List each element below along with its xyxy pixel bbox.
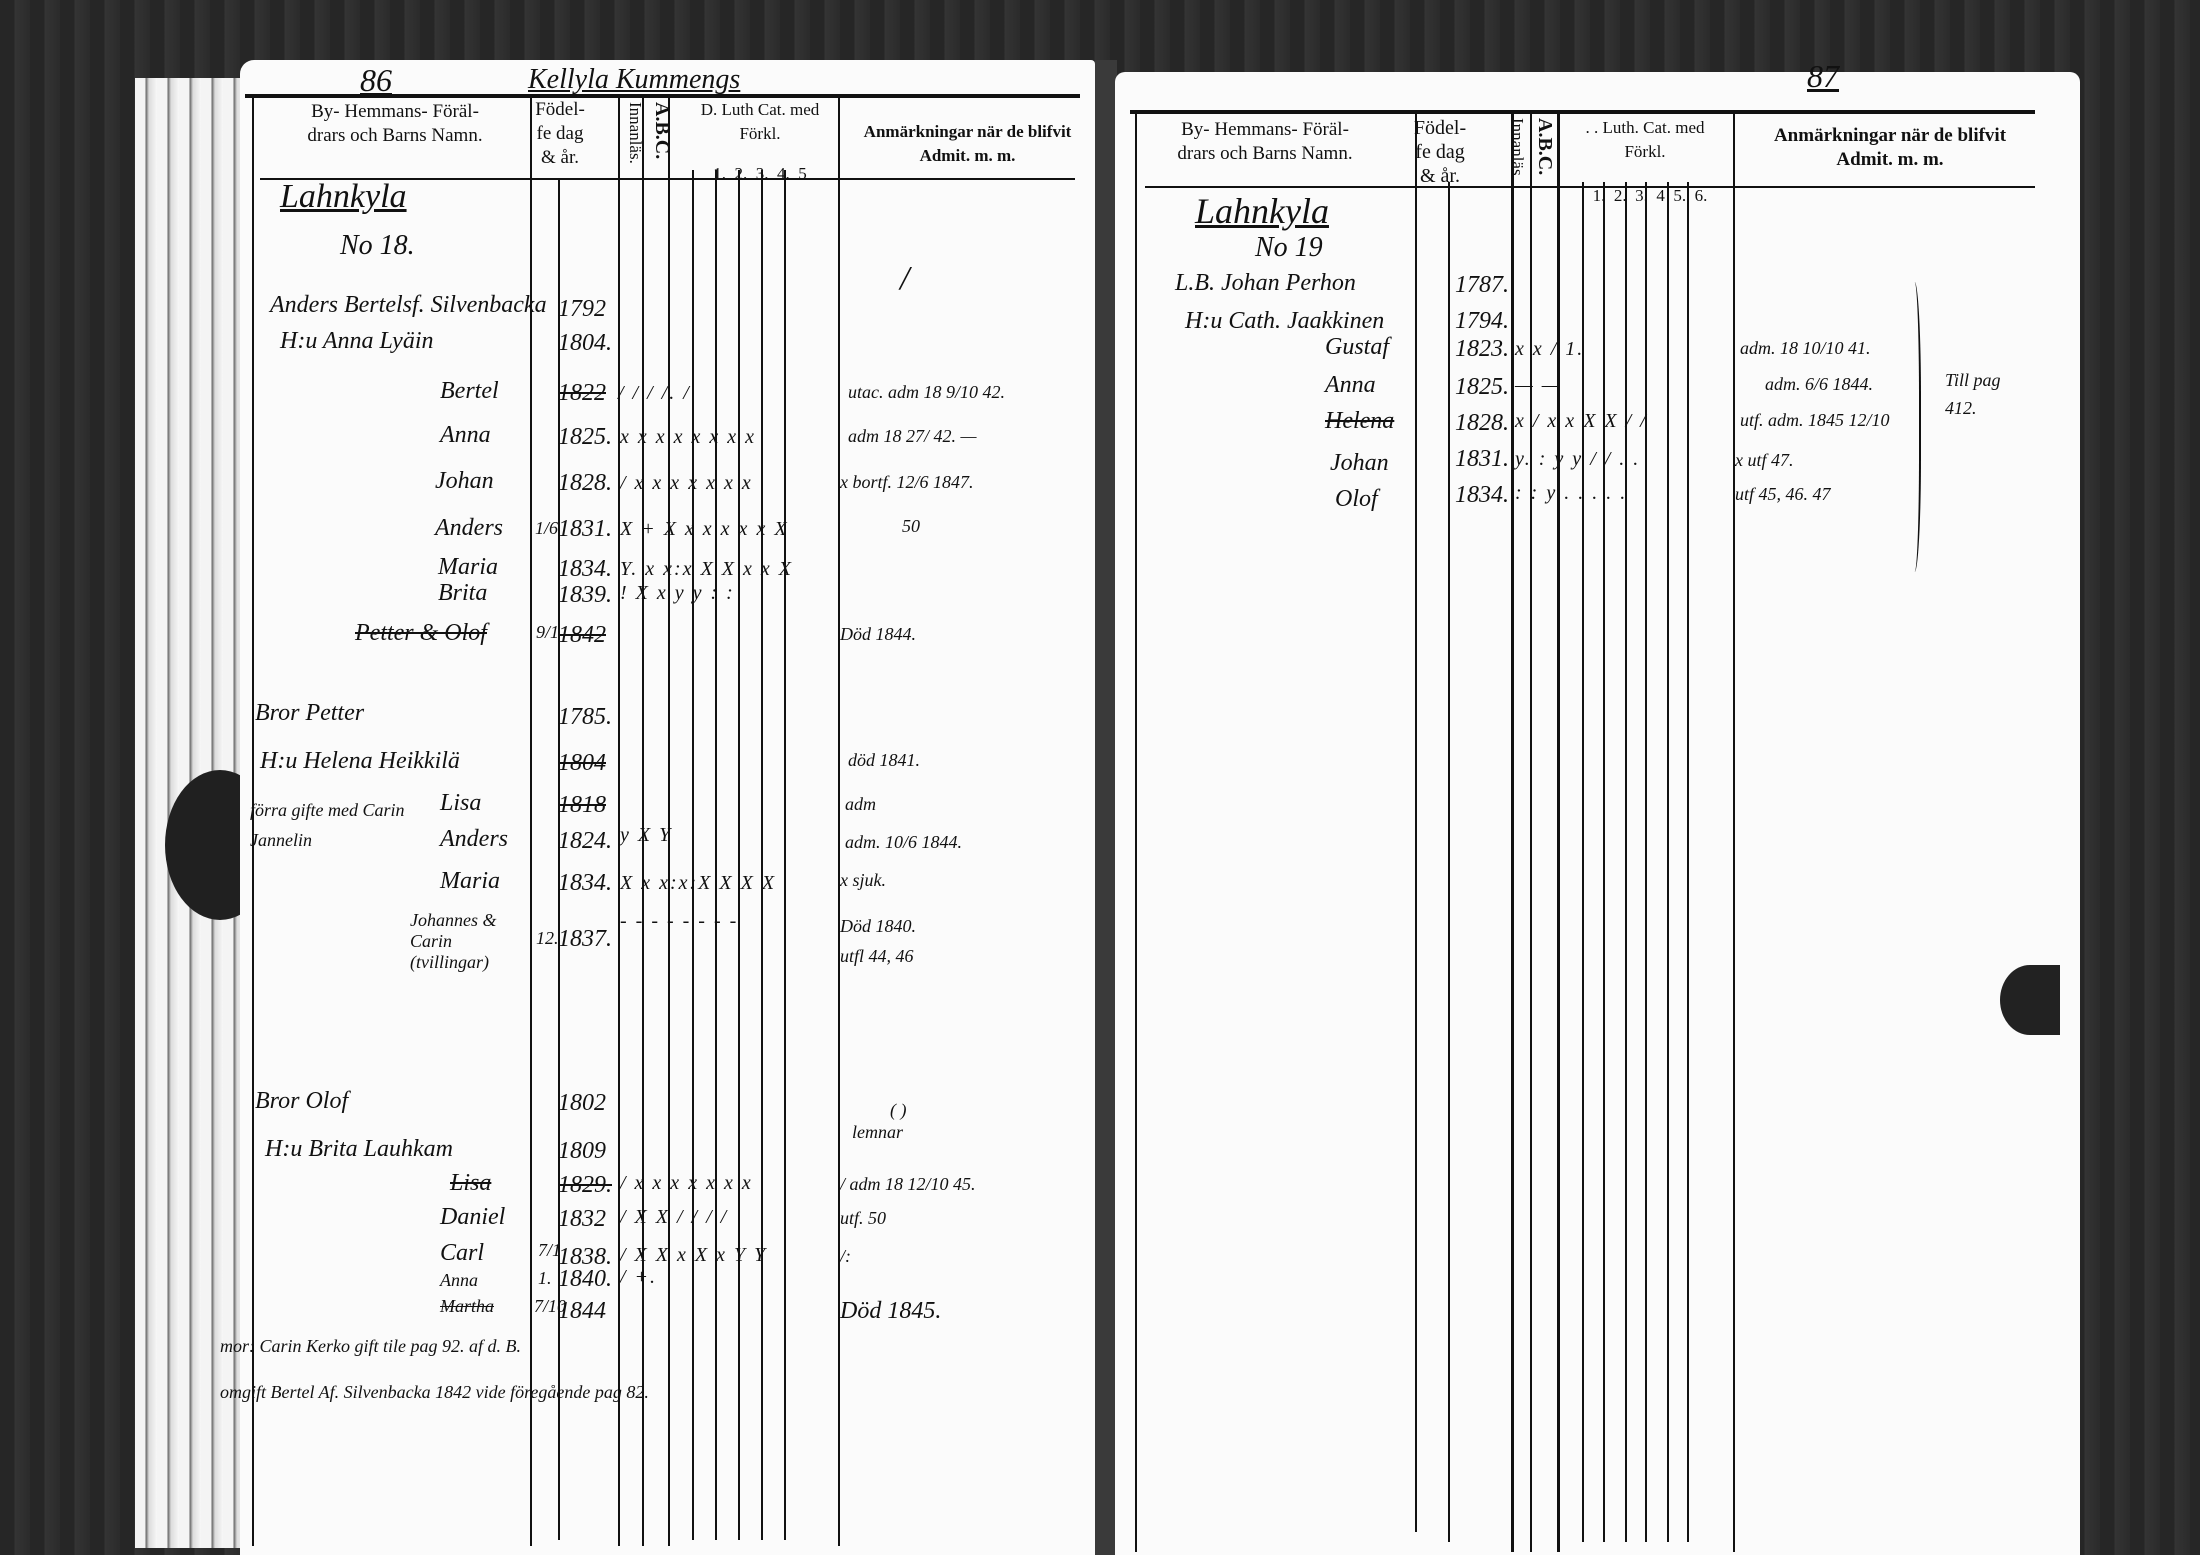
- member-name: Daniel: [440, 1204, 505, 1231]
- member-name: Brita: [438, 580, 487, 607]
- member-name: Anders: [440, 826, 508, 853]
- birth-year: 1823.: [1455, 336, 1509, 363]
- previous-marriage-note: förra gifte med Carin Jannelin: [250, 795, 430, 855]
- remark: x bortf. 12/6 1847.: [840, 472, 974, 493]
- remark: Död 1845.: [840, 1298, 941, 1325]
- member-name: Johan: [435, 468, 494, 495]
- birth-year: 1834.: [558, 556, 612, 583]
- member-name: Anna: [440, 1270, 478, 1291]
- tally-marks: / +.: [620, 1266, 657, 1289]
- tally-marks: ! X x y y : :: [620, 582, 735, 605]
- member-name: Anna: [440, 422, 491, 449]
- remark: utf 45, 46. 47: [1735, 484, 1831, 505]
- footnote-line-2: omgift Bertel Af. Silvenbacka 1842 vide …: [220, 1382, 649, 1403]
- bracket-note-line-1: Till pag: [1945, 370, 2001, 391]
- village-name: Lahnkyla: [280, 178, 407, 216]
- birth-day: 1.: [538, 1268, 552, 1289]
- birth-year: 1804.: [558, 330, 612, 357]
- right-page: 87 By- Hemmans- Föräl- drars och Barns N…: [1115, 72, 2080, 1555]
- tally-marks: y. : y y / / . .: [1515, 448, 1640, 471]
- remark: x sjuk.: [840, 870, 886, 891]
- bracket: [1905, 282, 1921, 572]
- remark: utac. adm 18 9/10 42.: [848, 382, 1005, 403]
- birth-year: 1785.: [558, 704, 612, 731]
- tally-marks: / x x x x x x x: [620, 1172, 753, 1195]
- remark: lemnar: [852, 1122, 903, 1143]
- footnote-line-1: mor: Carin Kerko gift tile pag 92. af d.…: [220, 1336, 521, 1357]
- tally-marks: - - - - - - - -: [620, 910, 738, 933]
- member-name: Maria: [440, 868, 500, 895]
- tally-marks: y X Y: [620, 824, 672, 847]
- stray-mark: /: [900, 260, 909, 298]
- header-remarks: Anmärkningar när de blifvit Admit. m. m.: [1735, 124, 2045, 172]
- tally-marks: x x / 1.: [1515, 338, 1584, 361]
- header-top-rule: [245, 94, 1080, 98]
- header-catechism-cols: 1. 2. 3. 4. 5: [680, 162, 840, 186]
- house-number: No 18.: [340, 230, 415, 262]
- birth-day: 12.: [536, 928, 559, 949]
- tally-marks: X x x:x:X X X X: [620, 872, 776, 895]
- member-name: Maria: [438, 554, 498, 581]
- village-name: Lahnkyla: [1195, 190, 1329, 232]
- birth-year: 1818: [558, 792, 606, 819]
- member-name: H:u Brita Lauhkam: [265, 1136, 453, 1163]
- birth-year: 1822: [558, 380, 606, 407]
- birth-year: 1828.: [558, 470, 612, 497]
- birth-year: 1832: [558, 1206, 606, 1233]
- birth-year: 1828.: [1455, 410, 1509, 437]
- member-name: Gustaf: [1325, 334, 1389, 361]
- member-name: Lisa: [450, 1170, 491, 1197]
- page-number: 87: [1807, 58, 1839, 95]
- remark: x utf 47.: [1735, 450, 1794, 471]
- remark: Död 1844.: [840, 624, 916, 645]
- running-head: Kellyla Kummengs: [528, 64, 740, 96]
- tally-marks: x x x x x x x x: [620, 426, 756, 449]
- bracket-note-line-2: 412.: [1945, 398, 1977, 419]
- member-name: Bror Olof: [255, 1088, 348, 1115]
- tally-marks: : : y . . . . .: [1515, 482, 1627, 505]
- tally-marks: / / / /. /: [618, 382, 691, 405]
- remark: utf. adm. 1845 12/10: [1740, 410, 1890, 431]
- house-number: No 19: [1255, 232, 1323, 264]
- member-name: Anders Bertelsf. Silvenbacka: [270, 292, 547, 319]
- remark: död 1841.: [848, 750, 920, 771]
- page-clip-shadow: [2000, 965, 2060, 1035]
- header-bottom-rule: [1145, 186, 2035, 188]
- tally-marks: — —: [1515, 374, 1562, 397]
- header-reading: Innanläs.: [1507, 118, 1527, 180]
- birth-year: 1831.: [558, 516, 612, 543]
- member-name: Petter & Olof: [355, 620, 487, 647]
- member-name: H:u Cath. Jaakkinen: [1185, 308, 1384, 335]
- member-name: Anna: [1325, 372, 1376, 399]
- birth-year: 1792: [558, 296, 606, 323]
- member-name: Olof: [1335, 486, 1378, 513]
- birth-year: 1840.: [558, 1266, 612, 1293]
- birth-year: 1834.: [558, 870, 612, 897]
- birth-year: 1825.: [558, 424, 612, 451]
- birth-year: 1842: [558, 622, 606, 649]
- birth-year: 1829.: [558, 1172, 612, 1199]
- remark: Död 1840.: [840, 916, 916, 937]
- header-remarks: Anmärkningar när de blifvit Admit. m. m.: [840, 120, 1095, 168]
- remark: adm. 18 10/10 41.: [1740, 338, 1871, 359]
- left-page: 86 Kellyla Kummengs By- Hemmans- Föräl- …: [240, 60, 1095, 1555]
- tally-marks: / x x x x x x x: [620, 472, 753, 495]
- birth-year: 1839.: [558, 582, 612, 609]
- birth-year: 1787.: [1455, 272, 1509, 299]
- header-abc: A.B.C.: [1533, 118, 1556, 175]
- member-name: Helena: [1325, 408, 1394, 435]
- remark: utfl 44, 46: [840, 946, 914, 967]
- birth-year: 1802: [558, 1090, 606, 1117]
- remark: adm. 6/6 1844.: [1765, 374, 1873, 395]
- header-catechism: . . Luth. Cat. med Förkl.: [1560, 116, 1730, 164]
- header-birth: Födel- fe dag & år.: [530, 98, 590, 170]
- member-name: L.B. Johan Perhon: [1175, 270, 1356, 297]
- remark: utf. 50: [840, 1208, 886, 1229]
- tally-marks: x / x x X X / /: [1515, 410, 1648, 433]
- member-name: Martha: [440, 1296, 494, 1317]
- remark: /:: [840, 1246, 851, 1267]
- birth-year: 1804: [558, 750, 606, 777]
- header-catechism: D. Luth Cat. med Förkl.: [675, 98, 845, 146]
- header-top-rule: [1130, 110, 2035, 114]
- book-gutter: [1095, 60, 1117, 1555]
- tally-marks: X + X x x x x x X: [620, 518, 789, 541]
- birth-year: 1825.: [1455, 374, 1509, 401]
- birth-year: 1844: [558, 1298, 606, 1325]
- member-name: H:u Anna Lyäin: [280, 328, 434, 355]
- header-names: By- Hemmans- Föräl- drars och Barns Namn…: [1140, 118, 1390, 166]
- birth-year: 1837.: [558, 926, 612, 953]
- remark: adm: [845, 794, 876, 815]
- member-name: Carl: [440, 1240, 484, 1267]
- remark: adm. 10/6 1844.: [845, 832, 962, 853]
- remark: adm 18 27/ 42. —: [848, 426, 977, 447]
- member-name: Johan: [1330, 450, 1389, 477]
- member-name: Bertel: [440, 378, 499, 405]
- tally-marks: / X X x X x Y Y: [620, 1244, 767, 1267]
- birth-year: 1794.: [1455, 308, 1509, 335]
- member-name: Johannes & Carin (tvillingar): [410, 910, 530, 973]
- remark: ( ): [890, 1100, 907, 1121]
- birth-year: 1831.: [1455, 446, 1509, 473]
- member-name: Lisa: [440, 790, 481, 817]
- birth-year: 1809: [558, 1138, 606, 1165]
- tally-marks: Y. x x:x X X x x X: [620, 558, 793, 581]
- tally-marks: / X X / / / /: [620, 1206, 728, 1229]
- member-name: Bror Petter: [255, 700, 364, 727]
- birth-day: 9/1: [536, 622, 559, 643]
- remark: / adm 18 12/10 45.: [840, 1174, 976, 1195]
- birth-year: 1824.: [558, 828, 612, 855]
- member-name: Anders: [435, 515, 503, 542]
- member-name: H:u Helena Heikkilä: [260, 748, 460, 775]
- remark: 50: [902, 516, 920, 537]
- birth-day: 1/6: [535, 518, 558, 539]
- birth-year: 1834.: [1455, 482, 1509, 509]
- header-names: By- Hemmans- Föräl- drars och Barns Namn…: [260, 100, 530, 148]
